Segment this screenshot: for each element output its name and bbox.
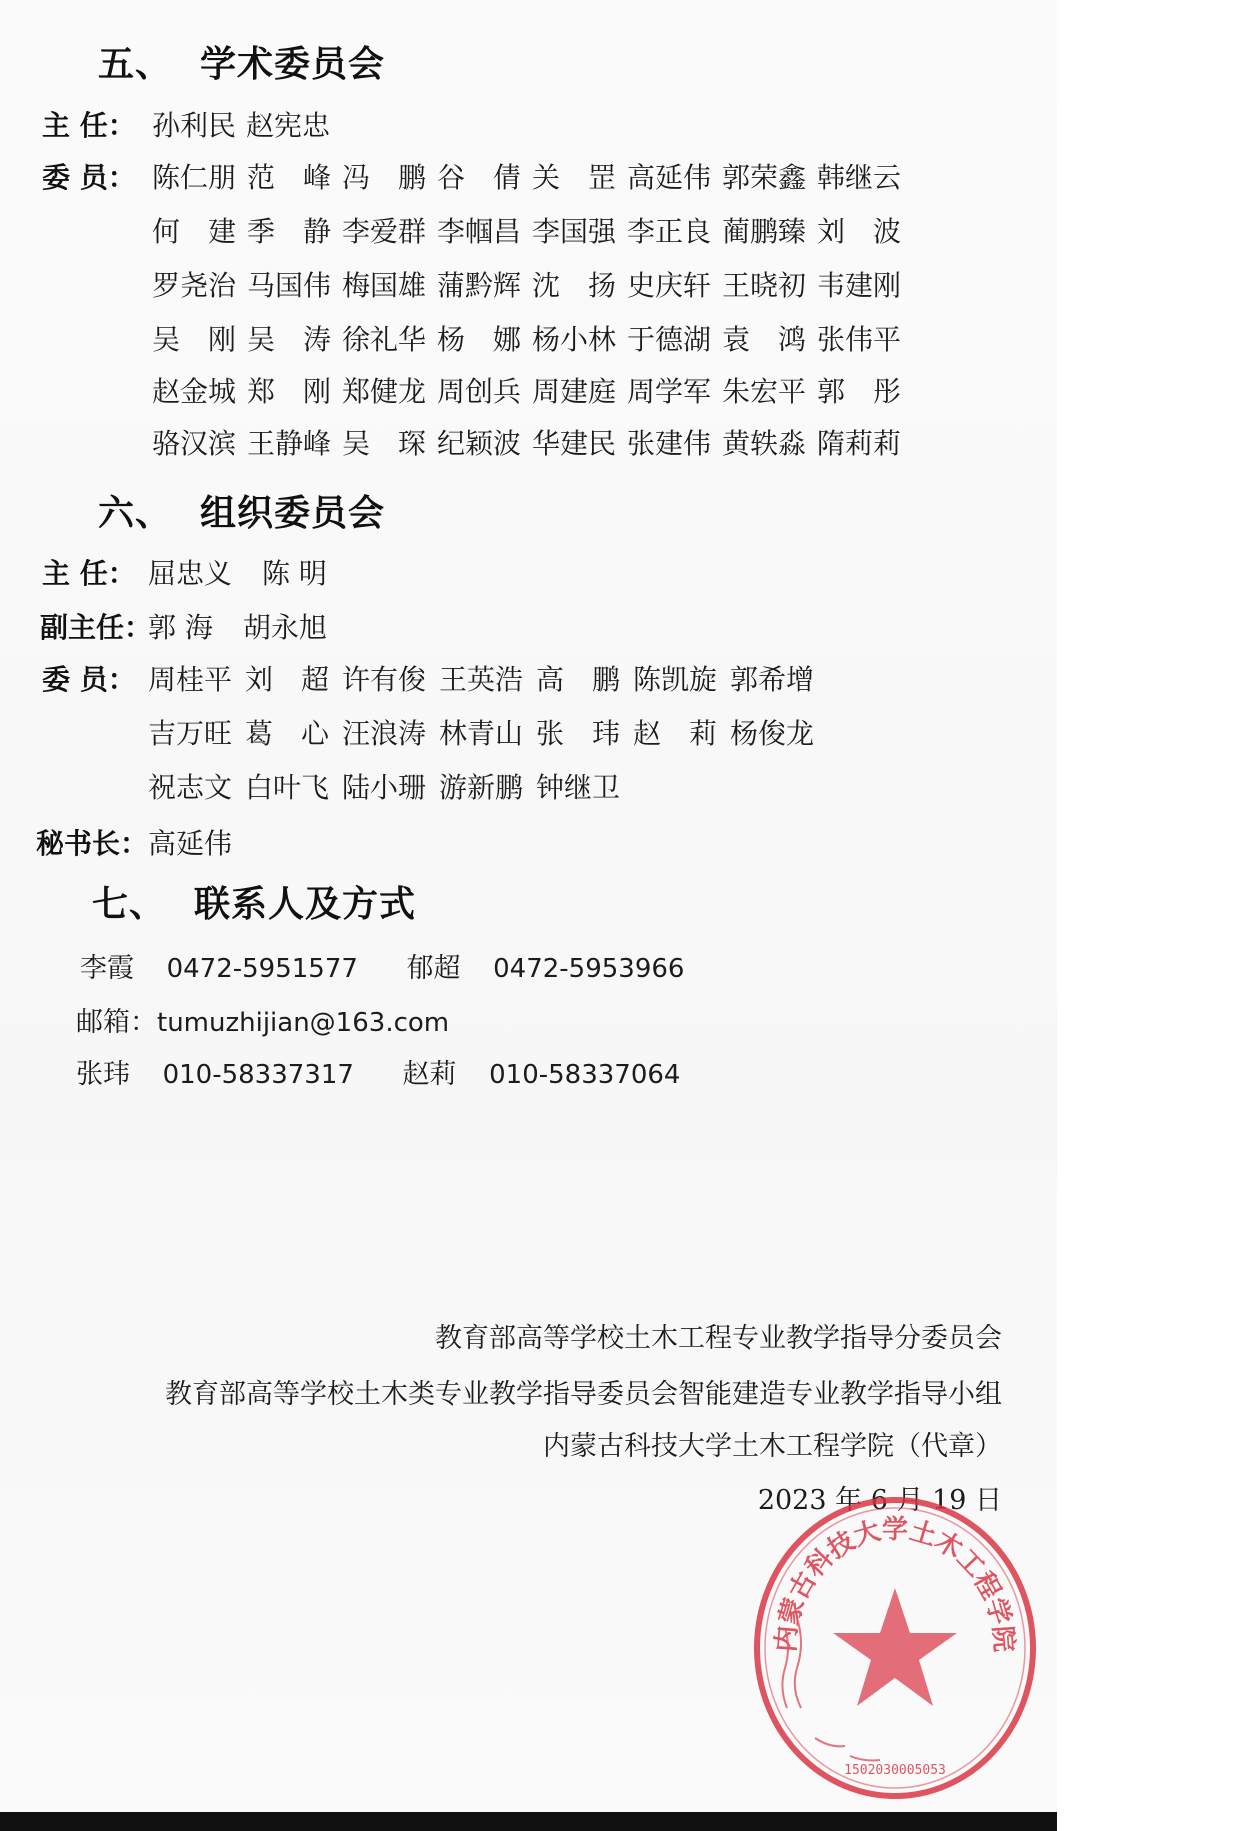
member-name: 王英浩: [439, 658, 523, 698]
member-name: 周桂平: [148, 658, 232, 698]
member-name: 赵金城: [152, 370, 236, 410]
member-name: 华建民: [532, 422, 616, 462]
member-name: 徐礼华: [342, 318, 426, 358]
contact-phone: 010-58337317: [163, 1060, 354, 1090]
member-name: 许有俊: [342, 658, 426, 698]
member-name: 骆汉滨: [152, 422, 236, 462]
member-name: 刘 波: [817, 210, 901, 250]
contact-name: 郁超: [407, 953, 461, 984]
member-name: 高 鹏: [536, 658, 620, 698]
contact-email-row: 邮箱：tumuzhijian@163.com: [76, 1000, 449, 1039]
member-name: 于德湖: [627, 318, 711, 358]
member-name: 何 建: [152, 210, 236, 250]
contact-phone: 0472-5953966: [493, 954, 684, 984]
member-row: 赵金城 郑 刚 郑健龙 周创兵 周建庭 周学军 朱宏平 郭 彤: [152, 370, 912, 410]
member-name: 周建庭: [532, 370, 616, 410]
member-name: 蔺鹏臻: [722, 210, 806, 250]
organizing-deputies: 郭 海 胡永旭: [148, 606, 327, 646]
deputy-director-label: 副主任：: [40, 606, 152, 646]
member-name: 白叶飞: [245, 766, 329, 806]
member-name: 周创兵: [437, 370, 521, 410]
member-name: 赵 莉: [633, 712, 717, 752]
member-name: 杨 娜: [437, 318, 521, 358]
director-label: 主 任：: [42, 552, 136, 592]
member-name: 郭 彤: [817, 370, 901, 410]
member-name: 钟继卫: [536, 766, 620, 806]
member-name: 李帼昌: [437, 210, 521, 250]
member-row: 吉万旺 葛 心 汪浪涛 林青山 张 玮 赵 莉 杨俊龙: [148, 712, 827, 752]
director-name: 孙利民: [152, 104, 236, 144]
member-name: 郑 刚: [247, 370, 331, 410]
members-label: 委 员：: [42, 156, 136, 196]
member-name: 郑健龙: [342, 370, 426, 410]
member-name: 黄轶淼: [722, 422, 806, 462]
member-name: 罗尧治: [152, 264, 236, 304]
member-name: 张建伟: [627, 422, 711, 462]
contact-row: 张玮 010-58337317 赵莉 010-58337064: [76, 1052, 680, 1091]
member-name: 陈凯旋: [633, 658, 717, 698]
member-name: 高延伟: [627, 156, 711, 196]
member-row: 陈仁朋 范 峰 冯 鹏 谷 倩 关 罡 高延伟 郭荣鑫 韩继云: [152, 156, 912, 196]
member-row: 何 建 季 静 李爱群 李帼昌 李国强 李正良 蔺鹏臻 刘 波: [152, 210, 912, 250]
section-heading: 学术委员会: [200, 44, 385, 85]
page-margin: [1057, 0, 1234, 1831]
section-title-organizing: 六、组织委员会: [98, 485, 385, 536]
contact-name: 张玮: [76, 1059, 130, 1090]
member-name: 游新鹏: [439, 766, 523, 806]
member-name: 范 峰: [247, 156, 331, 196]
member-name: 杨小林: [532, 318, 616, 358]
member-name: 蒲黔辉: [437, 264, 521, 304]
contact-phone: 0472-5951577: [167, 954, 358, 984]
member-name: 葛 心: [245, 712, 329, 752]
svg-text:1502030005053: 1502030005053: [844, 1763, 946, 1778]
section-title-contact: 七、联系人及方式: [92, 876, 416, 927]
organizing-directors: 屈忠义 陈 明: [148, 552, 327, 592]
official-seal-icon: 内蒙古科技大学土木工程学院 1502030005053: [745, 1488, 1045, 1808]
document-page: 五、学术委员会 主 任： 孙利民 赵宪忠 委 员： 陈仁朋 范 峰 冯 鹏 谷 …: [0, 0, 1057, 1831]
section-heading: 组织委员会: [200, 493, 385, 534]
member-name: 王静峰: [247, 422, 331, 462]
member-name: 郭荣鑫: [722, 156, 806, 196]
member-name: 汪浪涛: [342, 712, 426, 752]
deputy-name: 郭 海: [148, 606, 213, 646]
member-name: 周学军: [627, 370, 711, 410]
member-name: 王晓初: [722, 264, 806, 304]
contact-phone: 010-58337064: [489, 1060, 680, 1090]
member-row: 罗尧治 马国伟 梅国雄 蒲黔辉 沈 扬 史庆轩 王晓初 韦建刚: [152, 264, 912, 304]
contact-name: 赵莉: [403, 1059, 457, 1090]
member-name: 李正良: [627, 210, 711, 250]
member-name: 吴 琛: [342, 422, 426, 462]
signature-line: 教育部高等学校土木类专业教学指导委员会智能建造专业教学指导小组: [165, 1372, 1002, 1411]
member-name: 杨俊龙: [730, 712, 814, 752]
contact-name: 李霞: [80, 953, 134, 984]
director-name: 赵宪忠: [246, 104, 330, 144]
member-name: 张 玮: [536, 712, 620, 752]
member-name: 刘 超: [245, 658, 329, 698]
email-label: 邮箱：: [76, 1007, 157, 1038]
director-name: 陈 明: [262, 552, 327, 592]
member-name: 郭希增: [730, 658, 814, 698]
member-name: 关 罡: [532, 156, 616, 196]
member-row: 祝志文 白叶飞 陆小珊 游新鹏 钟继卫: [148, 766, 633, 806]
member-name: 李爱群: [342, 210, 426, 250]
member-name: 袁 鸿: [722, 318, 806, 358]
member-row: 骆汉滨 王静峰 吴 琛 纪颖波 华建民 张建伟 黄轶淼 隋莉莉: [152, 422, 912, 462]
section-title-academic: 五、学术委员会: [98, 36, 385, 87]
member-row: 吴 刚 吴 涛 徐礼华 杨 娜 杨小林 于德湖 袁 鸿 张伟平: [152, 318, 912, 358]
signature-line: 内蒙古科技大学土木工程学院（代章）: [543, 1424, 1002, 1463]
member-name: 沈 扬: [532, 264, 616, 304]
deputy-name: 胡永旭: [243, 606, 327, 646]
director-label: 主 任：: [42, 104, 136, 144]
section-number: 六、: [98, 493, 172, 534]
page-bottom-edge: [0, 1812, 1057, 1831]
member-name: 张伟平: [817, 318, 901, 358]
member-name: 谷 倩: [437, 156, 521, 196]
member-name: 马国伟: [247, 264, 331, 304]
secretary-general: 高延伟: [148, 822, 232, 862]
signature-line: 教育部高等学校土木工程专业教学指导分委员会: [435, 1316, 1002, 1355]
section-number: 七、: [92, 884, 166, 925]
section-number: 五、: [98, 44, 172, 85]
member-name: 祝志文: [148, 766, 232, 806]
members-label: 委 员：: [42, 658, 136, 698]
member-name: 史庆轩: [627, 264, 711, 304]
academic-directors: 孙利民 赵宪忠: [152, 104, 330, 144]
director-name: 屈忠义: [148, 552, 232, 592]
member-name: 韩继云: [817, 156, 901, 196]
member-name: 吉万旺: [148, 712, 232, 752]
member-name: 吴 涛: [247, 318, 331, 358]
secretary-general-label: 秘书长：: [36, 822, 148, 862]
contact-email[interactable]: tumuzhijian@163.com: [157, 1008, 449, 1038]
member-name: 吴 刚: [152, 318, 236, 358]
member-name: 韦建刚: [817, 264, 901, 304]
member-name: 季 静: [247, 210, 331, 250]
section-heading: 联系人及方式: [194, 884, 416, 925]
member-name: 陆小珊: [342, 766, 426, 806]
member-name: 林青山: [439, 712, 523, 752]
member-name: 纪颖波: [437, 422, 521, 462]
contact-row: 李霞 0472-5951577 郁超 0472-5953966: [80, 946, 684, 985]
member-name: 朱宏平: [722, 370, 806, 410]
secretary-name: 高延伟: [148, 822, 232, 862]
member-name: 陈仁朋: [152, 156, 236, 196]
member-name: 冯 鹏: [342, 156, 426, 196]
member-name: 李国强: [532, 210, 616, 250]
member-name: 梅国雄: [342, 264, 426, 304]
member-name: 隋莉莉: [817, 422, 901, 462]
member-row: 周桂平 刘 超 许有俊 王英浩 高 鹏 陈凯旋 郭希增: [148, 658, 827, 698]
